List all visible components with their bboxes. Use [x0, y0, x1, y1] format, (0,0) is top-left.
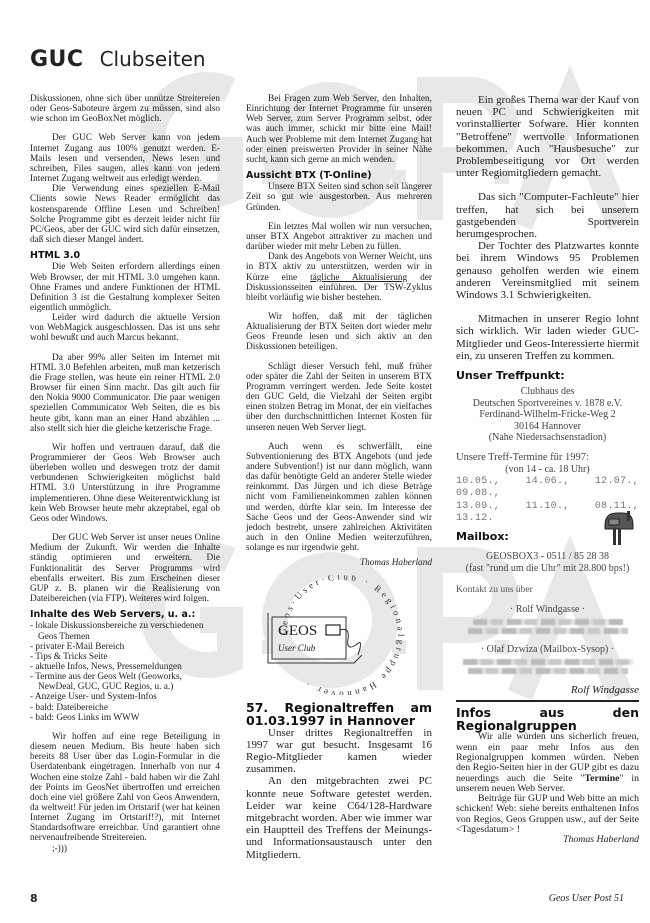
redacted-contact-info	[468, 628, 628, 634]
paragraph: An den mitgebrachten zwei PC konnte neue…	[246, 775, 432, 860]
paragraph: Die Verwendung eines speziellen E-Mail C…	[30, 184, 220, 245]
contact-intro: Kontakt zu uns über	[456, 584, 639, 596]
mailbox-number: GEOSBOX3 - 0511 / 85 28 38	[456, 551, 639, 563]
bold-text: Termine	[584, 773, 619, 784]
redacted-contact-info	[468, 668, 628, 674]
list-item: lokale Diskussionsbereiche zu verschiede…	[30, 621, 220, 641]
paragraph: Bei Fragen zum Web Server, den Inhalten,…	[246, 94, 432, 165]
paragraph: Mitmachen in unserer Regio lohnt sich wi…	[456, 313, 639, 362]
section-heading-infos: Infos aus den Regionalgruppen	[456, 706, 639, 732]
svg-text:User Club: User Club	[278, 643, 316, 653]
list-item: aktuelle Infos, News, Pressemeldungen	[30, 662, 220, 672]
section-heading-btx: Aussicht BTX (T-Online)	[246, 171, 432, 181]
list-item: privater E-Mail Bereich	[30, 642, 220, 652]
section-heading-html: HTML 3.0	[30, 251, 220, 261]
paragraph: Wir hoffen und vertrauen darauf, daß die…	[30, 443, 220, 524]
section-divider	[456, 700, 639, 702]
list-item: bald: Dateibereiche	[30, 703, 220, 713]
column-2: Bei Fragen zum Web Server, den Inhalten,…	[246, 94, 432, 861]
paragraph: Die Web Seiten erfordern allerdings eine…	[30, 262, 220, 313]
mailbox-icon	[601, 509, 635, 545]
page-header: GUC Clubseiten	[30, 47, 206, 72]
paragraph: Das sich "Computer-Fachleute" hier treff…	[456, 191, 639, 240]
paragraph: Ein letztes Mal wollen wir nun versuchen…	[246, 222, 432, 252]
mailbox-note: (fast "rund um die Uhr" mit 28.800 bps!)	[456, 563, 639, 575]
column-1: Diskussionen, ohne sich über unnütze Str…	[30, 94, 220, 854]
magazine-page: GUC Clubseiten Diskussionen, ohne sich ü…	[0, 0, 650, 923]
page-title: Clubseiten	[100, 47, 206, 71]
address-line: (Nahe Niedersachsenstadion)	[456, 432, 639, 444]
list-item: bald: Geos Links im WWW	[30, 713, 220, 723]
author-signature: Rolf Windgasse	[456, 684, 639, 696]
address-line: Ferdinand-Wilhelm-Fricke-Weg 2	[456, 409, 639, 421]
meeting-time: (von 14 - ca. 18 Uhr)	[456, 464, 639, 476]
paragraph: Auch wenn es schwerfällt, eine Subventio…	[246, 442, 432, 554]
paragraph: Ein großes Thema war der Kauf von neuen …	[456, 94, 639, 179]
geos-user-club-emblem-icon: Geos·User·Club · Regionalgruppe Hannover…	[246, 575, 432, 695]
paragraph: Unser drittes Regionaltreffen in 1997 wa…	[246, 727, 432, 776]
list-item: Termine aus der Geos Welt (Geoworks, New…	[30, 672, 220, 692]
underlined-text: tägliche Aktualisierung	[310, 273, 407, 283]
paragraph: Der GUC Web Server ist unser neues Onlin…	[30, 533, 220, 604]
publication-name: Geos User Post 51	[549, 893, 624, 904]
paragraph: Der Tochter des Platzwartes konnte bei i…	[456, 240, 639, 301]
list-item: Anzeige User- und System-Infos	[30, 692, 220, 702]
section-heading-inhalte: Inhalte des Web Servers, u. a.:	[30, 610, 220, 620]
meeting-address: Clubhaus des Deutschen Sportvereines v. …	[456, 386, 639, 444]
contact-name: · Rolf Windgasse ·	[456, 604, 639, 616]
paragraph: Leider wird dadurch die aktuelle Version…	[30, 313, 220, 343]
svg-text:GEOS: GEOS	[278, 623, 317, 639]
list-item: Tips & Tricks Seite	[30, 652, 220, 662]
regional-group-logo: Geos·User·Club · Regionalgruppe Hannover…	[246, 575, 432, 695]
brand-logo: GUC	[30, 47, 84, 72]
contact-name: · Olaf Dzwiza (Mailbox-Sysop) ·	[456, 644, 639, 656]
address-line: Deutschen Sportvereines v. 1878 e.V.	[456, 398, 639, 410]
paragraph: Wir hoffen, daß mit der täglichen Aktual…	[246, 312, 432, 353]
feature-list: lokale Diskussionsbereiche zu verschiede…	[30, 621, 220, 723]
author-signature: Thomas Haberland	[456, 835, 639, 845]
paragraph: Beiträge für GUP und Web bitte an mich s…	[456, 794, 639, 835]
paragraph: Wir alle würden uns sicherlich freuen, w…	[456, 732, 639, 794]
redacted-contact-info	[463, 659, 633, 665]
column-3: Ein großes Thema war der Kauf von neuen …	[456, 94, 639, 846]
redacted-contact-info	[473, 619, 623, 625]
paragraph: Diskussionen, ohne sich über unnütze Str…	[30, 94, 220, 124]
author-signature: Thomas Haberland	[246, 558, 432, 568]
paragraph: Der GUC Web Server kann von jedem Intern…	[30, 133, 220, 184]
meeting-dates-label: Unsere Treff-Termine für 1997:	[456, 452, 639, 464]
smiley: ;-)))	[30, 844, 220, 854]
section-heading-regionaltreffen: 57. Regionaltreffen am 01.03.1997 in Han…	[246, 701, 432, 727]
address-line: 30164 Hannover	[456, 421, 639, 433]
address-line: Clubhaus des	[456, 386, 639, 398]
paragraph: Unsere BTX Seiten sind schon seit länger…	[246, 182, 432, 212]
paragraph: Wir hoffen auf eine rege Beteiligung in …	[30, 732, 220, 844]
section-heading-treffpunkt: Unser Treffpunkt:	[456, 370, 639, 382]
paragraph: Schlägt dieser Versuch fehl, muß früher …	[246, 362, 432, 433]
page-number: 8	[30, 892, 38, 905]
meeting-dates-line: 10.05., 14.06., 12.07., 09.08.,	[456, 476, 639, 500]
paragraph: Da aber 99% aller Seiten im Internet mit…	[30, 353, 220, 434]
paragraph: Dank des Angebots von Werner Weicht, uns…	[246, 252, 432, 303]
